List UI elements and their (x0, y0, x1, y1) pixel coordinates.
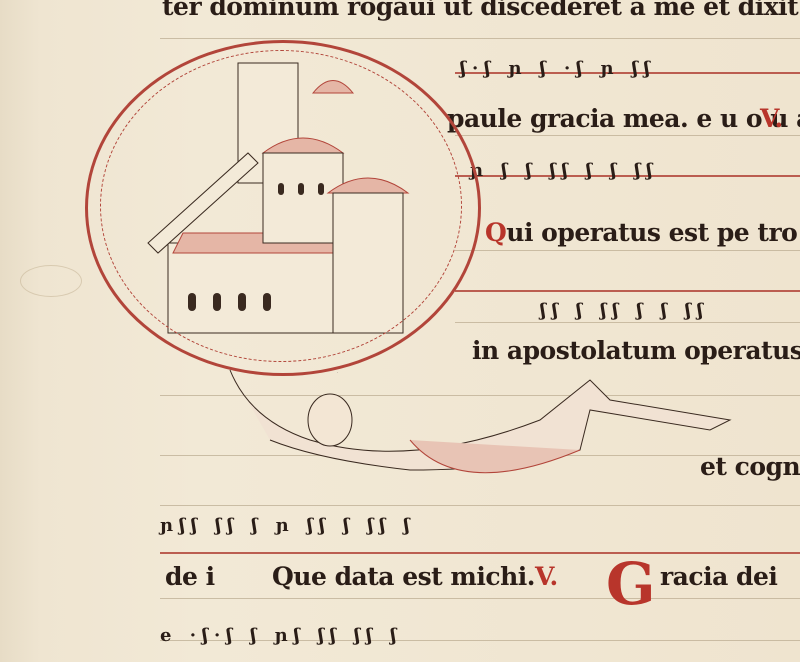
red-staff-line (160, 552, 800, 554)
rubric-versicle: V. (535, 562, 558, 591)
neumes: ʃ·ʃ ɲ ʃ ·ʃ ɲ ʃʃ (460, 58, 656, 79)
text-line-top: ter dominum rogaui ut discederet a me et… (162, 0, 800, 21)
flying-figure (210, 360, 750, 500)
neumes: ɲʃʃ ʃʃ ʃ ɲ ʃʃ ʃ ʃʃ ʃ (160, 515, 416, 536)
initial-inner-border (100, 50, 462, 362)
text-line-5c: racia dei (660, 562, 777, 591)
ruling-line (160, 598, 800, 599)
text-line-5b: Que data est michi. (272, 562, 535, 591)
ruling-line (160, 38, 800, 39)
text-line-5a: de i (165, 562, 215, 591)
rubric-versicle: V. (760, 104, 783, 133)
ruling-line (455, 250, 800, 251)
initial-g: G (606, 550, 656, 618)
manuscript-page: ter dominum rogaui ut discederet a me et… (0, 0, 800, 662)
neumes: ɲ ʃ ʃ ʃʃ ʃ ʃ ʃʃ (470, 160, 658, 181)
initial-q: Q (485, 218, 506, 247)
ruling-line (160, 505, 800, 506)
neumes: ʃʃ ʃ ʃʃ ʃ ʃ ʃʃ (540, 300, 709, 321)
red-staff-line (455, 290, 800, 292)
text-line-2: Qui operatus est pe tro (485, 218, 797, 247)
text-line-1: paule gracia mea. e u o u a e. (447, 104, 800, 133)
neumes: e ·ʃ·ʃ ʃ ɲʃ ʃʃ ʃʃ ʃ (160, 625, 402, 646)
ruling-line (455, 322, 800, 323)
ruling-line (455, 135, 800, 136)
page-fold (20, 265, 82, 297)
